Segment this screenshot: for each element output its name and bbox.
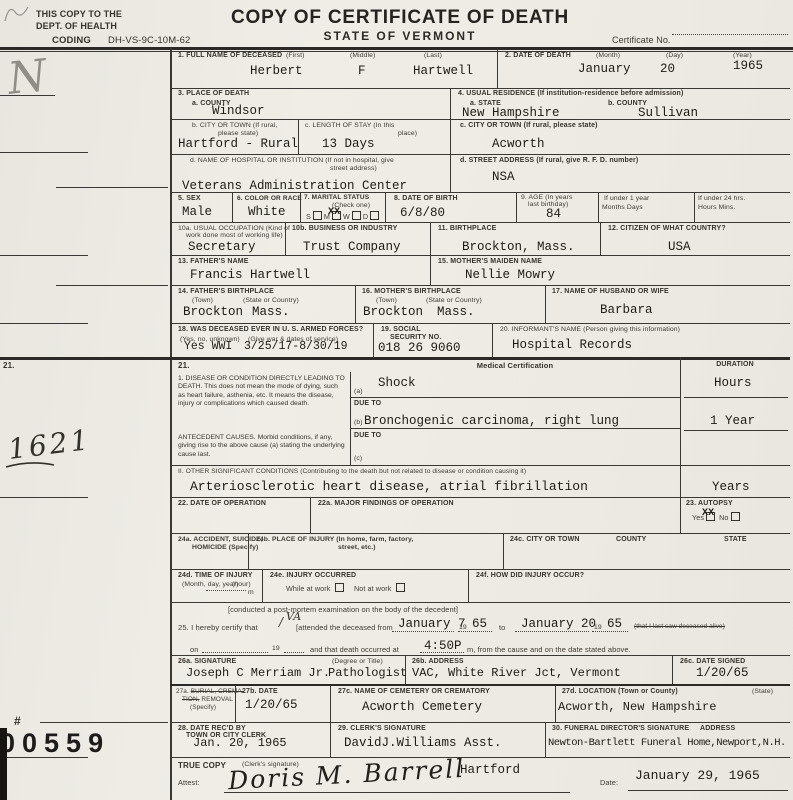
physician-title-value: Pathologist bbox=[328, 666, 407, 680]
rule-v bbox=[680, 357, 681, 497]
date-received-label: 28. DATE REC'D BY bbox=[178, 725, 246, 732]
page-subtitle: STATE OF VERMONT bbox=[200, 29, 600, 43]
major-findings-label: 22a. MAJOR FINDINGS OF OPERATION bbox=[318, 500, 454, 507]
cause-a-tag: (a) bbox=[354, 388, 363, 395]
disposition-removal: REMOVAL bbox=[200, 696, 233, 703]
month-sub: (Month) bbox=[596, 52, 620, 59]
location-state-sub: (State) bbox=[752, 688, 773, 695]
time-of-injury-sub: (Month, day, year) bbox=[182, 581, 238, 588]
age-value: 84 bbox=[546, 207, 561, 221]
cause-c-tag: (c) bbox=[354, 455, 362, 462]
occupation-label2: work done most of working life) bbox=[186, 232, 283, 239]
county-value: Windsor bbox=[212, 104, 265, 118]
last-sub: (Last) bbox=[424, 52, 442, 59]
clerk-signature-label: 29. CLERK'S SIGNATURE bbox=[338, 725, 426, 732]
rule-v bbox=[373, 323, 374, 357]
city-label: b. CITY OR TOWN (If rural, bbox=[192, 122, 277, 129]
time-of-injury-m: m bbox=[248, 589, 254, 596]
to-year-value: 65 bbox=[607, 617, 622, 631]
cause-a-duration: Hours bbox=[714, 376, 752, 390]
signature-label: 26a. SIGNATURE bbox=[178, 658, 236, 665]
field2-label: 2. DATE OF DEATH bbox=[505, 52, 571, 59]
hospital-label2: street address) bbox=[330, 165, 377, 172]
section21-number: 21. bbox=[178, 361, 190, 370]
margin-line bbox=[56, 285, 168, 286]
rule-v bbox=[350, 372, 351, 465]
rule-h bbox=[684, 397, 788, 398]
divorced-checkbox bbox=[370, 211, 379, 220]
rule-h bbox=[684, 430, 788, 431]
autopsy-no-checkbox bbox=[731, 512, 740, 521]
pencil-mark bbox=[1, 1, 31, 25]
armed-forces-yn-value: Yes WWI bbox=[184, 340, 232, 353]
time-of-injury-hour: (hour) bbox=[232, 581, 251, 588]
rule-h bbox=[170, 722, 790, 723]
cemetery-label: 27c. NAME OF CEMETERY OR CREMATORY bbox=[338, 688, 490, 695]
ssn-label2: SECURITY NO. bbox=[390, 334, 441, 341]
while-at-work-label: While at work bbox=[286, 584, 330, 593]
while-at-work-checkbox bbox=[335, 583, 344, 592]
father-state-value: Mass. bbox=[252, 305, 290, 319]
disposition-label-line2: TION, REMOVAL bbox=[182, 696, 233, 703]
certificate-no-label: Certificate No. bbox=[612, 35, 671, 45]
rule-v bbox=[694, 192, 695, 222]
marital-label: 7. MARITAL STATUS bbox=[304, 194, 369, 201]
date-line bbox=[628, 790, 788, 791]
slash-mark: / bbox=[279, 615, 283, 629]
occupation-value: Secretary bbox=[188, 240, 256, 254]
disposition-date-label: 27b. DATE bbox=[242, 688, 278, 695]
informant-value: Hospital Records bbox=[512, 338, 632, 352]
margin-line bbox=[56, 187, 168, 188]
physician-address-value: VAC, White River Jct, Vermont bbox=[412, 666, 621, 680]
mother-state-value: Mass. bbox=[437, 305, 475, 319]
form-number: DH-VS-9C-10M-62 bbox=[108, 35, 191, 46]
occupation-label: 10a. USUAL OCCUPATION (Kind of bbox=[178, 225, 290, 232]
widowed-checkbox bbox=[352, 211, 361, 220]
rule-v bbox=[385, 192, 386, 222]
birthplace-value: Brockton, Mass. bbox=[462, 240, 575, 254]
postmortem-bracket: [conducted a post-mortem examination on … bbox=[228, 605, 458, 614]
rule-h bbox=[170, 222, 790, 223]
antecedent-instruction: ANTECEDENT CAUSES. Morbid conditions, if… bbox=[178, 434, 346, 459]
margin-section-21: 21. bbox=[3, 361, 15, 370]
time-of-death-value: 4:50P bbox=[424, 639, 462, 653]
margin-line bbox=[0, 323, 88, 324]
mother-name-value: Nellie Mowry bbox=[465, 268, 555, 282]
autopsy-xx-mark: XX bbox=[702, 508, 714, 519]
certificate-no-line bbox=[672, 34, 788, 35]
residence-state-value: New Hampshire bbox=[462, 106, 560, 120]
rule-v bbox=[497, 48, 498, 88]
last-saw-alive-struck: (that I last saw deceased alive) bbox=[634, 623, 725, 630]
va-handwritten: VA bbox=[286, 610, 301, 623]
physician-signature-value: Joseph C Merriam Jr. bbox=[186, 666, 330, 680]
rule-v bbox=[503, 533, 504, 569]
time-of-injury-label: 24d. TIME OF INJURY bbox=[178, 572, 253, 579]
injury-occurred-label: 24e. INJURY OCCURRED bbox=[270, 572, 356, 579]
rule-v bbox=[492, 323, 493, 357]
race-value: White bbox=[248, 205, 286, 219]
rule-v bbox=[355, 285, 356, 323]
page-title: COPY OF CERTIFICATE OF DEATH bbox=[200, 7, 600, 29]
rule-h bbox=[170, 154, 790, 155]
autopsy-label: 23. AUTOPSY bbox=[686, 500, 733, 507]
injury-occurred-options: While at work Not at work bbox=[286, 583, 407, 593]
physician-address-label: 26b. ADDRESS bbox=[412, 658, 464, 665]
rule-v bbox=[545, 285, 546, 323]
margin-line bbox=[0, 497, 88, 498]
due-to-2: DUE TO bbox=[354, 432, 381, 439]
rule-v bbox=[555, 686, 556, 722]
year-sub: (Year) bbox=[733, 52, 752, 59]
death-year-value: 1965 bbox=[733, 59, 763, 73]
rule-h bbox=[170, 655, 790, 656]
death-day-value: 20 bbox=[660, 62, 675, 76]
citizen-label: 12. CITIZEN OF WHAT COUNTRY? bbox=[608, 225, 726, 232]
other-conditions-duration: Years bbox=[712, 480, 750, 494]
hospital-value: Veterans Administration Center bbox=[182, 179, 407, 193]
death-occurred-text: and that death occurred at bbox=[310, 645, 399, 654]
date-line bbox=[392, 631, 454, 632]
rule-h bbox=[170, 465, 790, 466]
first-sub: (First) bbox=[286, 52, 304, 59]
mother-name-label: 15. MOTHER'S MAIDEN NAME bbox=[438, 258, 542, 265]
disposition-struck-1: BURIAL, CREMA- bbox=[191, 688, 244, 695]
cause-a-value: Shock bbox=[378, 376, 416, 390]
field4-label: 4. USUAL RESIDENCE (If institution-resid… bbox=[458, 90, 683, 97]
dob-label: 8. DATE OF BIRTH bbox=[394, 195, 458, 202]
accident-label: 24a. ACCIDENT, SUICIDE, bbox=[178, 536, 263, 543]
duration-header: DURATION bbox=[680, 361, 790, 368]
attended-to-date: January 20 bbox=[521, 617, 596, 631]
rule-v bbox=[516, 192, 517, 222]
length-of-stay-value: 13 Days bbox=[322, 137, 375, 151]
street-address-label: d. STREET ADDRESS (If rural, give R. F. … bbox=[460, 157, 638, 164]
middle-name-value: F bbox=[358, 64, 366, 78]
dob-value: 6/8/80 bbox=[400, 206, 445, 220]
first-name-value: Herbert bbox=[250, 64, 303, 78]
date-line bbox=[592, 631, 628, 632]
rule-h bbox=[0, 47, 793, 50]
business-label: 10b. BUSINESS OR INDUSTRY bbox=[292, 225, 397, 232]
disposition-label-line1: 27a. BURIAL, CREMA- bbox=[176, 688, 244, 695]
funeral-director-address-label: ADDRESS bbox=[700, 725, 735, 732]
attended-from-date: January 7 bbox=[398, 617, 466, 631]
disposition-specify-sub: (Specify) bbox=[190, 704, 216, 711]
due-to-1: DUE TO bbox=[354, 400, 381, 407]
disease-instruction: 1. DISEASE OR CONDITION DIRECTLY LEADING… bbox=[178, 375, 346, 409]
margin-n-mark: N bbox=[5, 50, 49, 105]
other-conditions-label: II. OTHER SIGNIFICANT CONDITIONS (Contri… bbox=[178, 468, 526, 475]
rule-v bbox=[450, 88, 451, 192]
armed-forces-dates-value: 3/25/17-8/30/19 bbox=[244, 340, 348, 353]
birthplace-label: 11. BIRTHPLACE bbox=[438, 225, 497, 232]
true-copy-date-value: January 29, 1965 bbox=[635, 768, 760, 783]
rule-v bbox=[330, 686, 331, 722]
rule-h bbox=[350, 397, 680, 398]
rule-v bbox=[600, 222, 601, 255]
true-copy-label: TRUE COPY bbox=[178, 761, 226, 770]
citizen-value: USA bbox=[668, 240, 691, 254]
certify-statement: 25. I hereby certify that bbox=[178, 623, 258, 632]
marital-w: W bbox=[343, 212, 350, 221]
rule-h bbox=[170, 255, 790, 256]
date-signed-label: 26c. DATE SIGNED bbox=[680, 658, 745, 665]
rule-h bbox=[170, 285, 790, 286]
mother-town-value: Brockton bbox=[363, 305, 423, 319]
time-of-injury-line bbox=[206, 590, 246, 591]
blank-line bbox=[420, 652, 464, 653]
marital-s: S bbox=[306, 212, 311, 221]
father-town-value: Brockton bbox=[183, 305, 243, 319]
how-injury-label: 24f. HOW DID INJURY OCCUR? bbox=[476, 572, 584, 579]
accident-label2: HOMICIDE (Specify) bbox=[192, 544, 258, 551]
informant-label: 20. INFORMANT'S NAME (Person giving this… bbox=[500, 326, 680, 333]
length-of-stay-label: c. LENGTH OF STAY (In this bbox=[305, 122, 394, 129]
father-name-value: Francis Hartwell bbox=[190, 268, 310, 282]
city-label2: please state) bbox=[218, 130, 258, 137]
rule-v bbox=[468, 569, 469, 602]
mother-birthplace-label: 16. MOTHER'S BIRTHPLACE bbox=[362, 288, 461, 295]
rule-v bbox=[598, 192, 599, 222]
margin-line bbox=[0, 255, 88, 256]
race-label: 6. COLOR OR RACE bbox=[237, 195, 302, 202]
degree-title-sub: (Degree or Title) bbox=[332, 658, 383, 665]
margin-underline-flourish bbox=[4, 458, 56, 472]
rule-v bbox=[430, 222, 431, 255]
cemetery-value: Acworth Cemetery bbox=[362, 700, 482, 714]
location-label: 27d. LOCATION (Town or County) bbox=[562, 688, 678, 695]
last-name-value: Hartwell bbox=[413, 64, 473, 78]
rule-h bbox=[170, 497, 790, 498]
stamp-hash: # bbox=[14, 714, 21, 728]
sex-value: Male bbox=[182, 205, 212, 219]
rule-v bbox=[545, 722, 546, 757]
rule-h bbox=[170, 757, 790, 758]
place-of-injury-label: 24b. PLACE OF INJURY (In home, farm, fac… bbox=[256, 536, 413, 543]
cause-date-tail-text: m, from the cause and on the date stated… bbox=[467, 645, 631, 654]
funeral-director-value: Newton-Bartlett Funeral Home,Newport,N.H… bbox=[548, 737, 786, 749]
from-year-value: 65 bbox=[472, 617, 487, 631]
dept-note-line1: THIS COPY TO THE bbox=[36, 9, 122, 19]
day-sub: (Day) bbox=[666, 52, 683, 59]
rule-v bbox=[672, 655, 673, 685]
middle-sub: (Middle) bbox=[350, 52, 375, 59]
field3-label: 3. PLACE OF DEATH bbox=[178, 90, 249, 97]
street-address-value: NSA bbox=[492, 170, 515, 184]
armed-forces-label: 18. WAS DECEASED EVER IN U. S. ARMED FOR… bbox=[178, 326, 363, 333]
hospital-label: d. NAME OF HOSPITAL OR INSTITUTION (If n… bbox=[190, 157, 394, 164]
father-town-sub: (Town) bbox=[192, 297, 213, 304]
place-of-injury-label2: street, etc.) bbox=[338, 544, 376, 551]
mother-town-sub: (Town) bbox=[376, 297, 397, 304]
injury-county-label: COUNTY bbox=[616, 536, 646, 543]
death-certificate-page: THIS COPY TO THE DEPT. OF HEALTH COPY OF… bbox=[0, 0, 793, 800]
margin-line bbox=[0, 152, 88, 153]
on-text: on bbox=[190, 645, 198, 654]
margin-line bbox=[40, 722, 168, 723]
rule-h bbox=[170, 684, 790, 686]
attended-text: [attended the deceased from bbox=[296, 623, 393, 632]
ssn-label: 19. SOCIAL bbox=[381, 326, 421, 333]
dept-note-line2: DEPT. OF HEALTH bbox=[36, 21, 117, 31]
rule-v bbox=[232, 192, 233, 222]
rule-v bbox=[262, 569, 263, 602]
marital-checkline: SMXXWD bbox=[306, 211, 381, 221]
year-prefix-3: 19 bbox=[272, 645, 280, 652]
father-state-sub: (State or Country) bbox=[243, 297, 299, 304]
rule-v bbox=[298, 119, 299, 154]
location-value: Acworth, New Hampshire bbox=[558, 700, 716, 714]
married-xx-mark: XX bbox=[328, 207, 340, 218]
funeral-director-label: 30. FUNERAL DIRECTOR'S SIGNATURE bbox=[552, 725, 689, 732]
clerk-signature-value: DavidJ.Williams Asst. bbox=[344, 736, 502, 750]
father-name-label: 13. FATHER'S NAME bbox=[178, 258, 249, 265]
rule-v bbox=[170, 48, 172, 800]
autopsy-no-label: No bbox=[719, 513, 728, 522]
rule-v bbox=[330, 722, 331, 757]
field1-label: 1. FULL NAME OF DECEASED bbox=[178, 52, 282, 59]
autopsy-checkline: YesXX No bbox=[692, 512, 742, 522]
not-at-work-label: Not at work bbox=[354, 584, 391, 593]
date-line bbox=[458, 631, 492, 632]
date-line bbox=[515, 631, 589, 632]
residence-city-label: c. CITY OR TOWN (If rural, please state) bbox=[460, 122, 598, 129]
mother-state-sub: (State or Country) bbox=[426, 297, 482, 304]
length-of-stay-label2: place) bbox=[398, 130, 417, 137]
marital-d: D bbox=[363, 212, 368, 221]
coding-label: CODING bbox=[52, 35, 91, 46]
not-at-work-checkbox bbox=[396, 583, 405, 592]
attest-label: Attest: bbox=[178, 778, 200, 787]
under24-label: If under 24 hrs. bbox=[698, 195, 745, 202]
other-conditions-value: Arteriosclerotic heart disease, atrial f… bbox=[190, 479, 588, 494]
cause-b-tag: (b) bbox=[354, 419, 363, 426]
spouse-value: Barbara bbox=[600, 303, 653, 317]
rule-v bbox=[430, 255, 431, 285]
rule-v bbox=[310, 497, 311, 533]
blank-line bbox=[284, 652, 304, 653]
age-label: 9. AGE (In years bbox=[521, 194, 572, 201]
injury-city-label: 24c. CITY OR TOWN bbox=[510, 536, 580, 543]
injury-state-label: STATE bbox=[724, 536, 747, 543]
rule-h bbox=[170, 602, 790, 603]
town-value: Hartford bbox=[460, 763, 520, 777]
date-signed-value: 1/20/65 bbox=[696, 666, 749, 680]
sex-label: 5. SEX bbox=[178, 195, 201, 202]
death-month-value: January bbox=[578, 62, 631, 76]
rule-h bbox=[350, 428, 680, 429]
year-prefix-2: 19 bbox=[594, 624, 602, 631]
date-of-operation-label: 22. DATE OF OPERATION bbox=[178, 500, 266, 507]
cause-b-duration: 1 Year bbox=[710, 414, 755, 428]
rule-h bbox=[0, 357, 790, 360]
cause-b-value: Bronchogenic carcinoma, right lung bbox=[364, 414, 619, 428]
ssn-value: 018 26 9060 bbox=[378, 341, 461, 355]
city-value: Hartford - Rural bbox=[178, 137, 298, 151]
stamp-number: 00559 bbox=[0, 728, 110, 759]
rule-h bbox=[170, 533, 790, 534]
single-checkbox bbox=[313, 211, 322, 220]
business-value: Trust Company bbox=[303, 240, 401, 254]
signature-line bbox=[224, 792, 570, 793]
date-label: Date: bbox=[600, 778, 618, 787]
disposition-date-value: 1/20/65 bbox=[245, 698, 298, 712]
year-prefix-1: 19 bbox=[459, 624, 467, 631]
spouse-label: 17. NAME OF HUSBAND OR WIFE bbox=[552, 288, 669, 295]
residence-city-value: Acworth bbox=[492, 137, 545, 151]
father-birthplace-label: 14. FATHER'S BIRTHPLACE bbox=[178, 288, 274, 295]
medical-certification-header: Medical Certification bbox=[350, 361, 680, 370]
rule-h bbox=[170, 88, 790, 89]
date-received-value: Jan. 20, 1965 bbox=[193, 736, 287, 750]
rule-v bbox=[680, 497, 681, 533]
under24-sub: Hours Mins. bbox=[698, 204, 735, 211]
rule-h bbox=[170, 323, 790, 324]
scan-edge-artifact bbox=[0, 728, 7, 800]
to-text: to bbox=[499, 623, 505, 632]
margin-line bbox=[0, 95, 55, 96]
residence-county-value: Sullivan bbox=[638, 106, 698, 120]
under1yr-label: If under 1 year bbox=[604, 195, 649, 202]
under1yr-sub: Months Days bbox=[602, 204, 643, 211]
disposition-struck-2: TION, bbox=[182, 696, 200, 703]
disposition-number: 27a. bbox=[176, 688, 189, 695]
blank-line bbox=[202, 652, 268, 653]
